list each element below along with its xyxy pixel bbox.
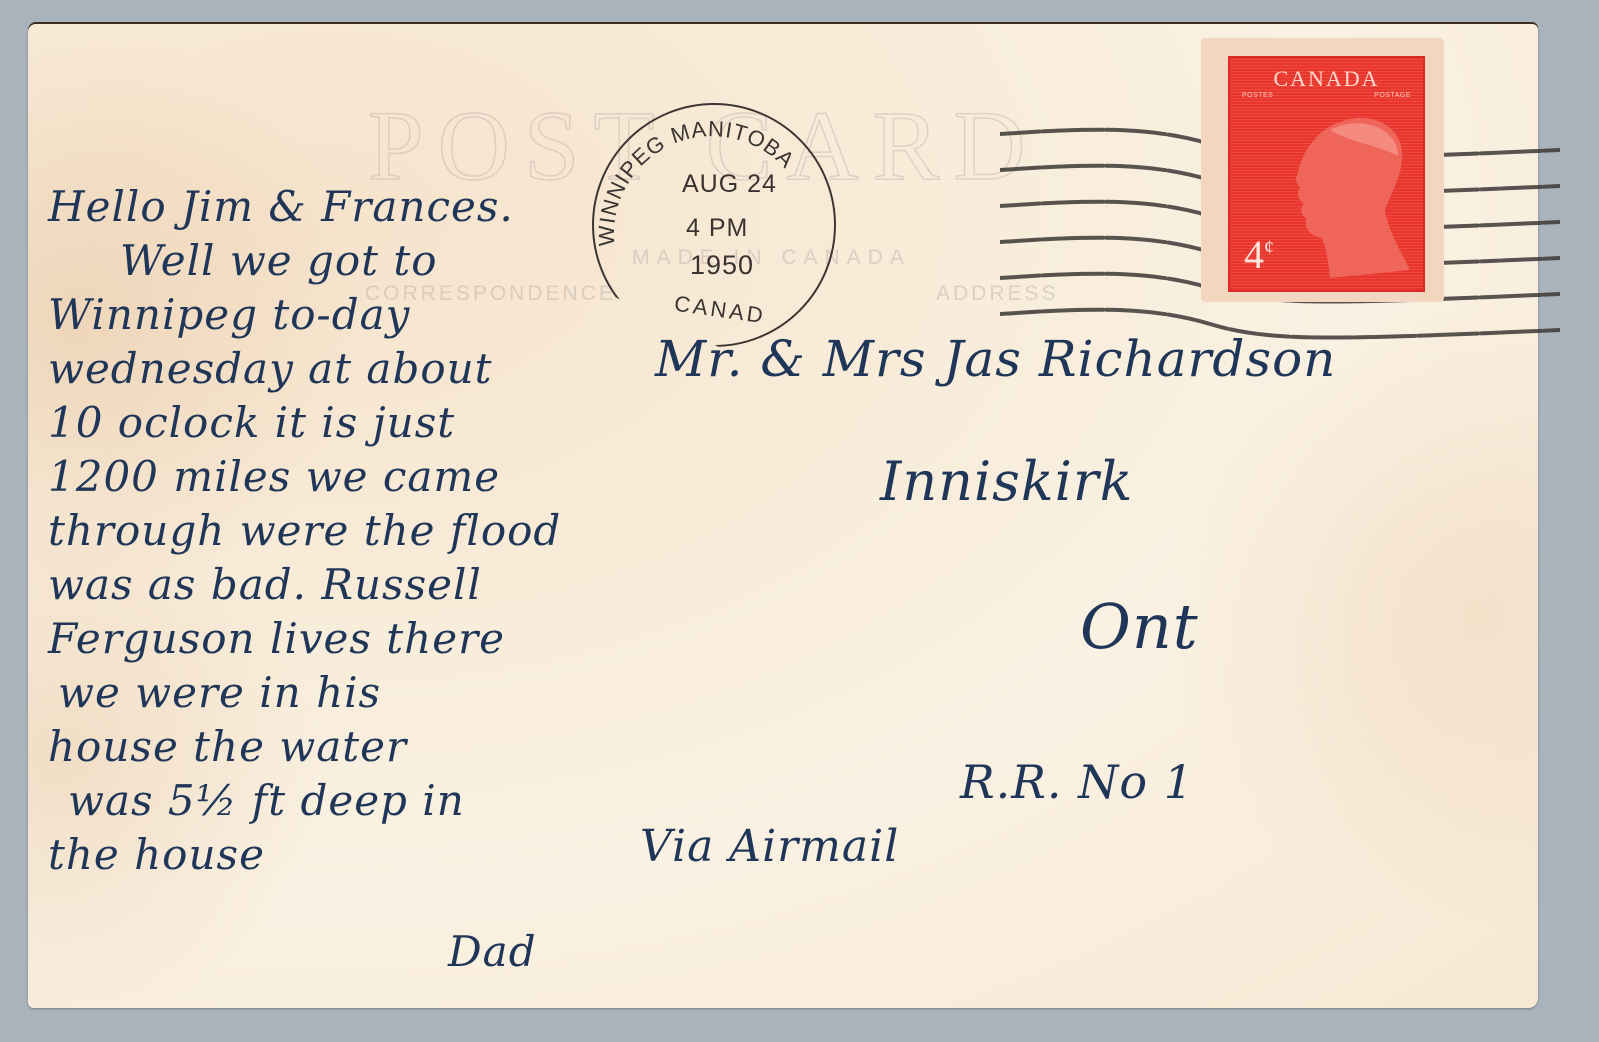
message-signature: Dad [448, 925, 537, 979]
message-line: was as bad. Russell [48, 558, 561, 612]
address-town: Inniskirk [880, 450, 1133, 513]
message-line: Hello Jim & Frances. [48, 180, 561, 234]
message-line: 1200 miles we came [48, 450, 561, 504]
message-line: Well we got to [48, 234, 561, 288]
stamp-postes-label: POSTES [1242, 92, 1273, 99]
message-line: 10 oclock it is just [48, 396, 561, 450]
postmark-year: 1950 [690, 250, 754, 281]
stamp-value: 4¢ [1244, 231, 1274, 278]
message-line: wednesday at about [48, 342, 561, 396]
address-recipient: Mr. & Mrs Jas Richardson [655, 330, 1336, 388]
postmark-date: AUG 24 [682, 170, 777, 199]
message-line: house the water [48, 720, 561, 774]
message-line: Winnipeg to-day [48, 288, 561, 342]
message-line: was 5½ ft deep in [48, 774, 561, 828]
message-line: we were in his [48, 666, 561, 720]
airmail-note: Via Airmail [640, 820, 899, 874]
address-rural-route: R.R. No 1 [960, 755, 1194, 809]
king-portrait-icon [1270, 100, 1420, 280]
postage-stamp: CANADA POSTES POSTAGE 4¢ [1228, 56, 1425, 292]
message-line: through were the flood [48, 504, 561, 558]
message-line: Ferguson lives there [48, 612, 561, 666]
stamp-postage-label: POSTAGE [1374, 92, 1411, 99]
postmark-time: 4 PM [686, 214, 748, 243]
address-province: Ont [1080, 590, 1199, 663]
message-line: the house [48, 828, 561, 882]
stamp-country: CANADA [1230, 66, 1423, 92]
handwritten-message: Hello Jim & Frances. Well we got to Winn… [48, 180, 561, 882]
